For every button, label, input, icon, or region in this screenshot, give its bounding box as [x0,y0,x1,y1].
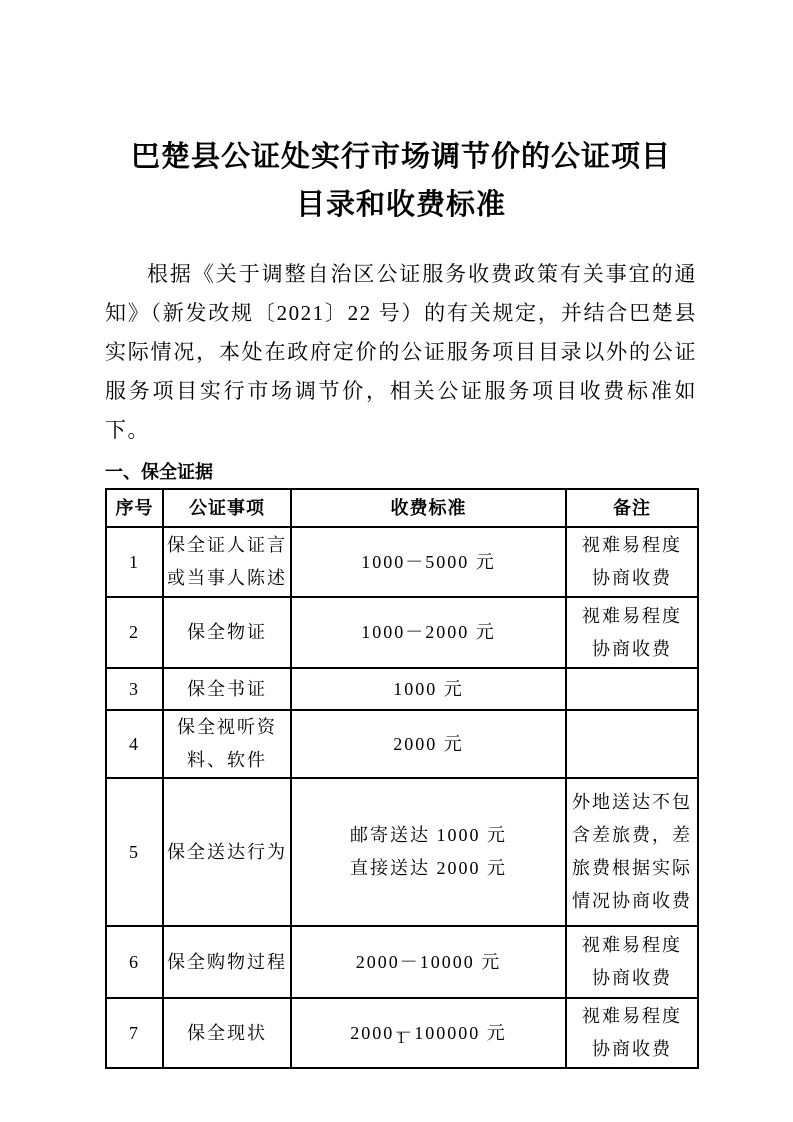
page-title-line2: 目录和收费标准 [105,181,697,229]
cell-remark: 视难易程度 协商收费 [566,597,698,668]
cell-no: 3 [106,668,163,710]
header-cell-remark: 备注 [566,489,698,527]
cell-remark [566,710,698,778]
fee-table: 序号 公证事项 收费标准 备注 1 保全证人证言 或当事人陈述 1000－500… [105,488,699,1069]
table-row: 3 保全书证 1000 元 [106,668,698,710]
table-row: 2 保全物证 1000－2000 元 视难易程度 协商收费 [106,597,698,668]
cell-fee: 2000－10000 元 [291,926,566,998]
table-row: 5 保全送达行为 邮寄送达 1000 元 直接送达 2000 元 外地送达不包 … [106,778,698,926]
cell-no: 4 [106,710,163,778]
cell-fee: 1000－2000 元 [291,597,566,668]
cell-fee: 邮寄送达 1000 元 直接送达 2000 元 [291,778,566,926]
header-cell-fee: 收费标准 [291,489,566,527]
table-row: 6 保全购物过程 2000－10000 元 视难易程度 协商收费 [106,926,698,998]
table-row: 1 保全证人证言 或当事人陈述 1000－5000 元 视难易程度 协商收费 [106,527,698,597]
table-row: 4 保全视听资 料、软件 2000 元 [106,710,698,778]
cell-fee: 1000 元 [291,668,566,710]
page-title: 巴楚县公证处实行市场调节价的公证项目 目录和收费标准 [105,133,697,229]
table-header-row: 序号 公证事项 收费标准 备注 [106,489,698,527]
cell-fee: 1000－5000 元 [291,527,566,597]
cell-remark: 视难易程度 协商收费 [566,926,698,998]
cell-no: 6 [106,926,163,998]
cell-item: 保全书证 [163,668,291,710]
cell-fee: 2000 元 [291,710,566,778]
cell-remark [566,668,698,710]
cell-no: 1 [106,527,163,597]
cell-item: 保全送达行为 [163,778,291,926]
document-page: 巴楚县公证处实行市场调节价的公证项目 目录和收费标准 根据《关于调整自治区公证服… [105,0,697,1122]
cell-remark: 外地送达不包 含差旅费，差 旅费根据实际 情况协商收费 [566,778,698,926]
cell-remark: 视难易程度 协商收费 [566,527,698,597]
page-title-line1: 巴楚县公证处实行市场调节价的公证项目 [105,133,697,181]
cell-item: 保全视听资 料、软件 [163,710,291,778]
cell-no: 5 [106,778,163,926]
header-cell-item: 公证事项 [163,489,291,527]
cell-item: 保全证人证言 或当事人陈述 [163,527,291,597]
cell-item: 保全物证 [163,597,291,668]
page-number: 1 [105,1030,697,1048]
cell-item: 保全购物过程 [163,926,291,998]
header-cell-no: 序号 [106,489,163,527]
section-heading: 一、保全证据 [105,459,697,485]
cell-no: 2 [106,597,163,668]
intro-paragraph: 根据《关于调整自治区公证服务收费政策有关事宜的通知》（新发改规〔2021〕22 … [105,255,697,450]
